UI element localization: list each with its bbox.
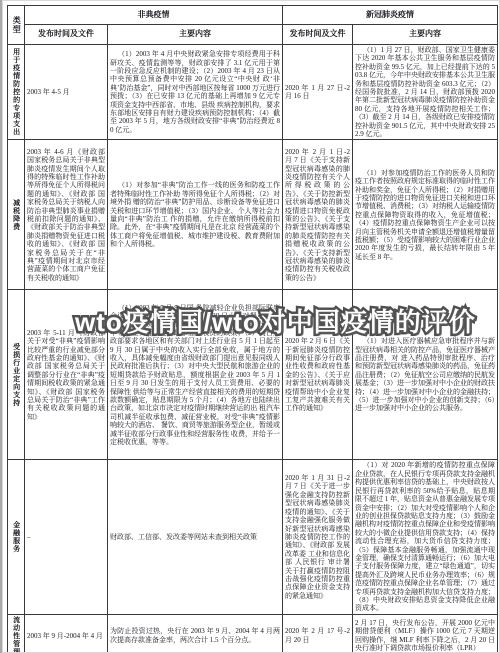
covid-content-cell: （1）对 2020 年新增的疫情防控重点保障企业贷款，在人民银行专项再贷款支持金… <box>353 460 498 614</box>
category-label: 减税降费 <box>12 199 19 231</box>
sars-content-header: 主要内容 <box>108 25 283 45</box>
category-cell: 金融服务 <box>8 460 25 614</box>
covid-time-header: 发布时间及文件 <box>283 25 353 45</box>
table-row-special-expenditure: 用于疫情防控的专项支出 2003 年 4-5 月 （1）2003 年 4 月中央… <box>8 45 498 140</box>
category-label: 金融服务 <box>12 521 19 553</box>
category-label: 受损行业定向支持 <box>12 343 19 407</box>
table-row-liquidity-management: 流动性管理 2003 年 9 月-2004 年 4 月 为防止投资过热，央行在 … <box>8 614 498 653</box>
category-cell: 减税降费 <box>8 140 25 290</box>
cell-text: 2 月 17 日，央行发布公告，开展 2000 亿元中期借贷便利（MLF）操作 … <box>355 619 495 652</box>
sars-time-cell: 2003 年 4-5 月 <box>25 45 108 140</box>
category-cell: 受损行业定向支持 <box>8 290 25 460</box>
cell-text: （1）对进入医疗器械应急审批程序并与新型冠状病毒相关的防控产品，免征医疗器械产品… <box>355 337 495 413</box>
cell-text: 财政部、工信部、发改委等网站未查到相关政策 <box>110 533 257 541</box>
document-page: 类型 非典疫情 新冠肺炎疫情 发布时间及文件 主要内容 发布时间及文件 主要内容… <box>0 0 500 653</box>
covid-time-cell: 2020 年 2 月 1 日-2 月 7 日《关于支持新型冠状病毒感染的肺炎疫情… <box>283 140 353 290</box>
type-header-cell: 类型 <box>8 6 25 45</box>
category-cell: 流动性管理 <box>8 614 25 653</box>
covid-content-header: 主要内容 <box>353 25 498 45</box>
table-row-financial-services: 金融服务 – 财政部、工信部、发改委等网站未查到相关政策 2020 年 1 月 … <box>8 460 498 614</box>
cell-text: （1）对 2020 年新增的疫情防控重点保障企业贷款，在人民银行专项再贷款支持金… <box>355 461 495 612</box>
covid-content-cell: 2 月 17 日，央行发布公告，开展 2000 亿元中期借贷便利（MLF）操作 … <box>353 614 498 653</box>
sars-content-cell: 财政部、工信部、发改委等网站未查到相关政策 <box>108 460 283 614</box>
sars-content-cell: 为防止投资过热，央行在 2003 年 9 月、2004 年 4 月两次提高存款准… <box>108 614 283 653</box>
sars-content-cell: （1）对参加“非典”防治工作一线的医务和防疫工作者特殊临时性工作补助 等所得免征… <box>108 140 283 290</box>
category-label: 流动性管理 <box>12 616 19 653</box>
cell-text: （1）1 月 27 日，财政部、国家卫生健康委下达 2020 年基本公共卫生服务… <box>355 46 495 138</box>
cell-text: （1）对参加“非典”防治工作一线的医务和防疫工作者特殊临时性工作补助 等所得免征… <box>110 181 280 248</box>
covid-content-cell: （1）对参加疫情防治工作的医务人员和防疫工作者按照政府规定标准取得的临时性工作补… <box>353 140 498 290</box>
category-cell: 用于疫情防控的专项支出 <box>8 45 25 140</box>
sars-time-cell: 2003 年 4-6 月《财政部 国家税务总局关于非典型肺炎疫情发生期间个人取得… <box>25 140 108 290</box>
cell-text: 为防止投资过热，央行在 2003 年 9 月、2004 年 4 月两次提高存款准… <box>110 627 280 643</box>
sars-time-header: 发布时间及文件 <box>25 25 108 45</box>
covid-time-cell: 2020 年 1 月 31 日-2 月 7 日《关于进一步强化金融支持防控新型冠… <box>283 460 353 614</box>
covid-group-header: 新冠肺炎疫情 <box>283 6 498 25</box>
type-header-label: 类型 <box>12 16 20 34</box>
sars-time-cell: – <box>25 460 108 614</box>
sars-group-header: 非典疫情 <box>25 6 283 25</box>
sars-time-cell: 2003 年 9 月-2004 年 4 月 <box>25 614 108 653</box>
covid-time-cell: 2020 年 1 月 27 日-2 月 16 日 <box>283 45 353 140</box>
cell-text: （1）2003 年 4 月中央财政紧急安排专项经费用于科研攻关、疫情监测等等，财… <box>110 50 280 134</box>
table-row-tax-cuts: 减税降费 2003 年 4-6 月《财政部 国家税务总局关于非典型肺炎疫情发生期… <box>8 140 498 290</box>
watermark-overlay: wto疫情国/wto对中国疫情的评价 <box>75 302 475 339</box>
covid-time-cell: 2020 年 2 月 17 号-2 月 20 日 <box>283 614 353 653</box>
category-label: 用于疫情防控的专项支出 <box>12 48 19 136</box>
cell-text: （1）对参加疫情防治工作的医务人员和防疫工作者按照政府规定标准取得的临时性工作补… <box>355 169 495 261</box>
covid-content-cell: （1）1 月 27 日，财政部、国家卫生健康委下达 2020 年基本公共卫生服务… <box>353 45 498 140</box>
sars-content-cell: （1）2003 年 4 月中央财政紧急安排专项经费用于科研攻关、疫情监测等等，财… <box>108 45 283 140</box>
